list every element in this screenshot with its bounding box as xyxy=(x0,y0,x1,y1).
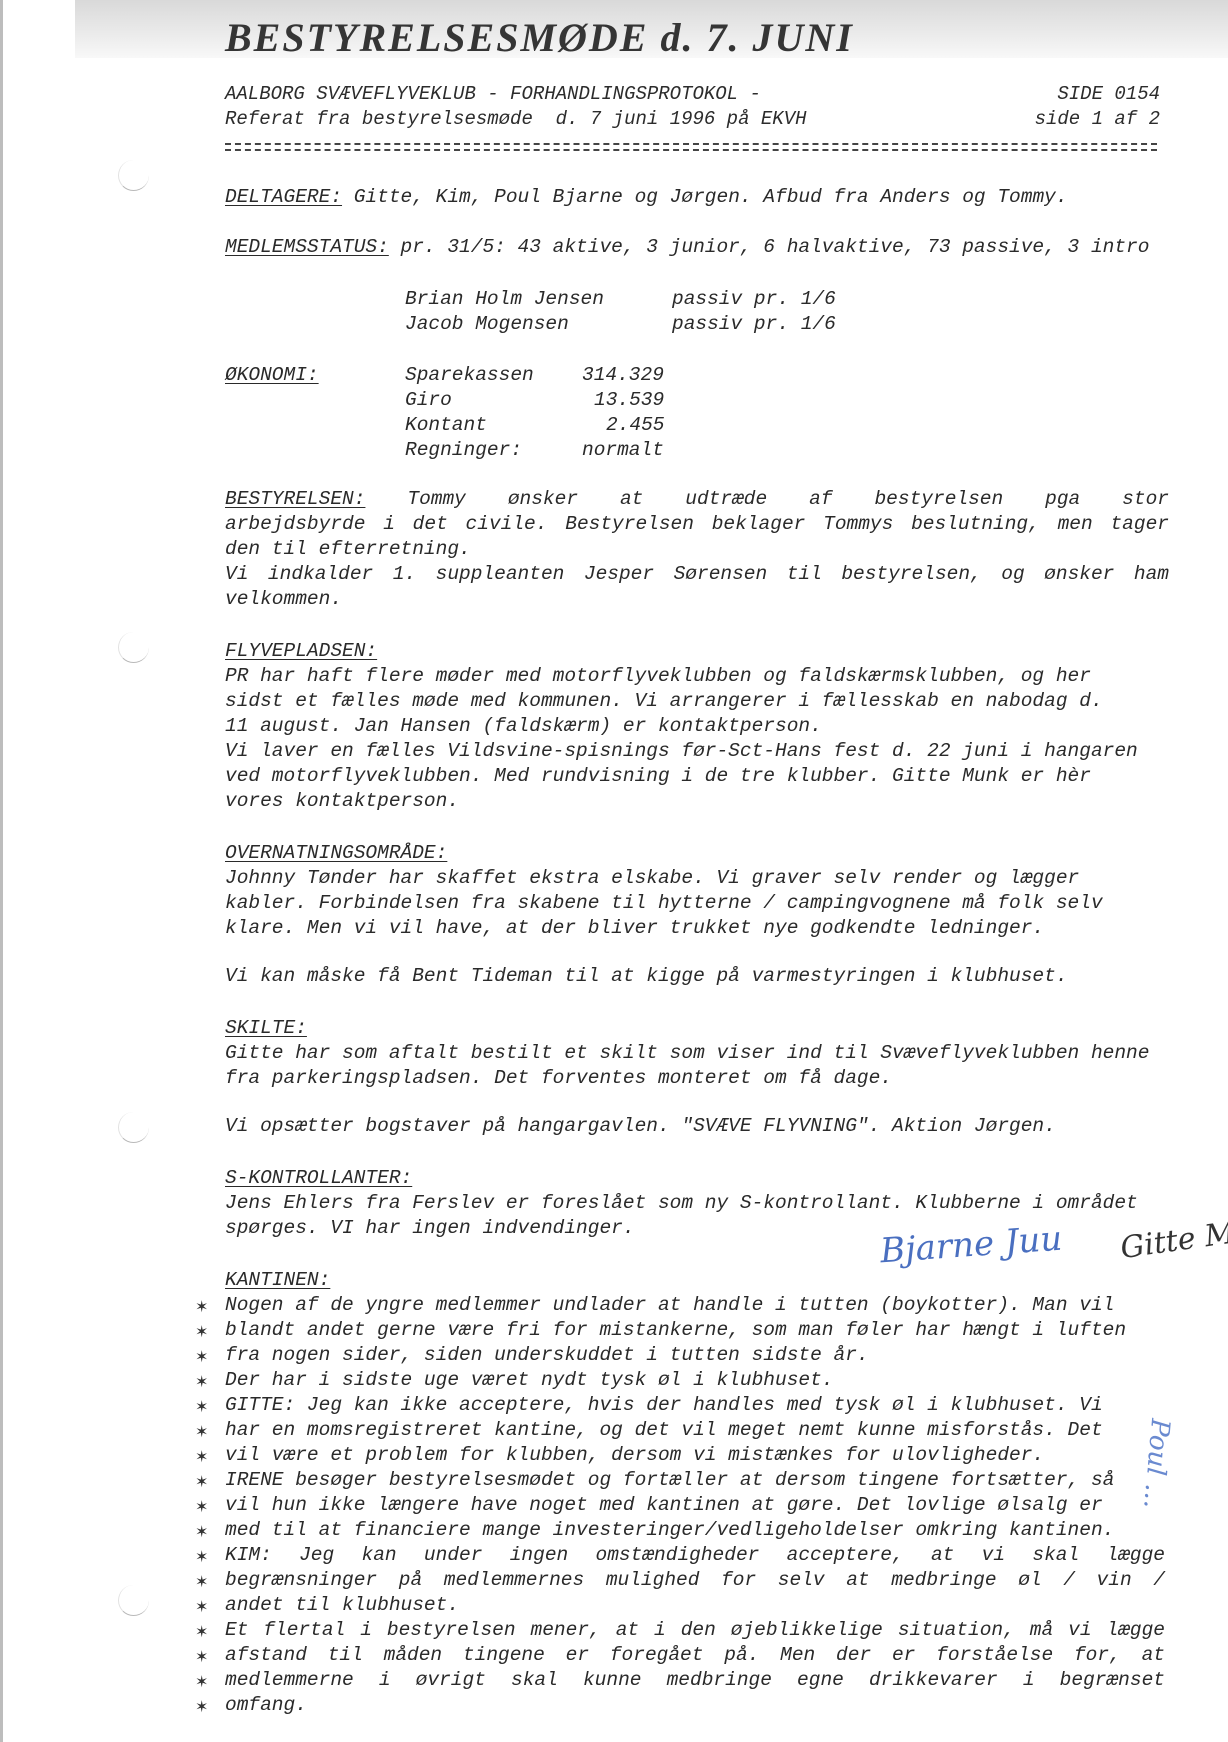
bestyrelsen-label: BESTYRELSEN: xyxy=(225,488,365,510)
overnatning-line: klare. Men vi vil have, at der bliver tr… xyxy=(225,917,1044,939)
star-bullet-icon: ✶ xyxy=(196,1370,207,1393)
medlemsstatus-text: pr. 31/5: 43 aktive, 3 junior, 6 halvakt… xyxy=(389,236,1150,258)
flyvepladsen-label: FLYVEPLADSEN: xyxy=(225,640,377,662)
flyvepladsen-line: Vi laver en fælles Vildsvine-spisnings f… xyxy=(225,740,1138,762)
flyvepladsen-line: vores kontaktperson. xyxy=(225,790,459,812)
member-name: Jacob Mogensen xyxy=(405,313,569,335)
page-count: side 1 af 2 xyxy=(1035,108,1160,130)
kantinen-line: GITTE: Jeg kan ikke acceptere, hvis der … xyxy=(225,1394,1103,1416)
skilte-line: Gitte har som aftalt bestilt et skilt so… xyxy=(225,1042,1149,1064)
overnatning-line: kabler. Forbindelsen fra skabene til hyt… xyxy=(225,892,1103,914)
star-bullet-icon: ✶ xyxy=(196,1670,207,1693)
signature-blue: Bjarne Juu xyxy=(879,1219,1064,1272)
skilte-label: SKILTE: xyxy=(225,1017,307,1039)
kantinen-line: har en momsregistreret kantine, og det v… xyxy=(225,1419,1103,1441)
account-name: Regninger: xyxy=(405,439,522,461)
bestyrelsen-line: BESTYRELSEN: Tommy ønsker at udtræde af … xyxy=(225,488,1169,510)
kantinen-line: omfang. xyxy=(225,1694,307,1716)
kantinen-line: Der har i sidste uge været nydt tysk øl … xyxy=(225,1369,834,1391)
punch-hole xyxy=(118,160,149,191)
page-title: BESTYRELSESMØDE d. 7. JUNI xyxy=(225,14,854,61)
star-bullet-icon: ✶ xyxy=(196,1595,207,1618)
kantinen-line: Et flertal i bestyrelsen mener, at i den… xyxy=(225,1619,1165,1641)
bestyrelsen-line: den til efterretning. xyxy=(225,538,471,560)
medlemsstatus-label: MEDLEMSSTATUS: xyxy=(225,236,389,258)
star-bullet-icon: ✶ xyxy=(196,1470,207,1493)
punch-hole xyxy=(118,1112,149,1143)
flyvepladsen-line: sidst et fælles møde med kommunen. Vi ar… xyxy=(225,690,1103,712)
star-bullet-icon: ✶ xyxy=(196,1570,207,1593)
bestyrelsen-line: Vi indkalder 1. suppleanten Jesper Søren… xyxy=(225,563,1169,585)
kantinen-line: IRENE besøger bestyrelsesmødet og fortæl… xyxy=(225,1469,1114,1491)
flyvepladsen-line: PR har haft flere møder med motorflyvekl… xyxy=(225,665,1091,687)
kantinen-label: KANTINEN: xyxy=(225,1269,330,1291)
overnatning-line: Johnny Tønder har skaffet ekstra elskabe… xyxy=(225,867,1079,889)
member-name: Brian Holm Jensen xyxy=(405,288,604,310)
star-bullet-icon: ✶ xyxy=(196,1495,207,1518)
account-value: 13.539 xyxy=(594,389,664,411)
account-value: 314.329 xyxy=(582,364,664,386)
subtitle-line: Referat fra bestyrelsesmøde d. 7 juni 19… xyxy=(225,108,807,130)
kantinen-line: vil hun ikke længere have noget med kant… xyxy=(225,1494,1103,1516)
okonomi-label: ØKONOMI: xyxy=(225,364,319,386)
s-kontrollanter-line: Jens Ehlers fra Ferslev er foreslået som… xyxy=(225,1192,1138,1214)
star-bullet-icon: ✶ xyxy=(196,1545,207,1568)
kantinen-line: afstand til måden tingene er foregået på… xyxy=(225,1644,1165,1666)
account-name: Kontant xyxy=(405,414,487,436)
overnatning-line: Vi kan måske få Bent Tideman til at kigg… xyxy=(225,965,1068,987)
star-bullet-icon: ✶ xyxy=(196,1620,207,1643)
section-deltagere: DELTAGERE: Gitte, Kim, Poul Bjarne og Jø… xyxy=(225,186,1068,208)
star-bullet-icon: ✶ xyxy=(196,1295,207,1318)
star-bullet-icon: ✶ xyxy=(196,1395,207,1418)
star-bullet-icon: ✶ xyxy=(196,1420,207,1443)
scan-left-edge xyxy=(0,0,3,1742)
margin-annotation: Poul ... xyxy=(1137,1417,1175,1509)
punch-hole xyxy=(118,1585,149,1616)
star-bullet-icon: ✶ xyxy=(196,1320,207,1343)
signature-black: Gitte Ma xyxy=(1118,1213,1228,1266)
bestyrelsen-line: velkommen. xyxy=(225,588,342,610)
kantinen-line: medlemmerne i øvrigt skal kunne medbring… xyxy=(225,1669,1165,1691)
page-code: SIDE 0154 xyxy=(1057,83,1160,105)
s-kontrollanter-label: S-KONTROLLANTER: xyxy=(225,1167,412,1189)
star-bullet-icon: ✶ xyxy=(196,1445,207,1468)
account-name: Giro xyxy=(405,389,452,411)
star-bullet-icon: ✶ xyxy=(196,1645,207,1668)
kantinen-line: med til at financiere mange investeringe… xyxy=(225,1519,1114,1541)
skilte-line: Vi opsætter bogstaver på hangargavlen. "… xyxy=(225,1115,1056,1137)
bestyrelsen-line: arbejdsbyrde i det civile. Bestyrelsen b… xyxy=(225,513,1169,535)
deltagere-label: DELTAGERE: xyxy=(225,186,342,208)
account-value: normalt xyxy=(582,439,664,461)
star-bullet-icon: ✶ xyxy=(196,1695,207,1718)
member-status: passiv pr. 1/6 xyxy=(672,313,836,335)
kantinen-line: KIM: Jeg kan under ingen omstændigheder … xyxy=(225,1544,1165,1566)
member-status: passiv pr. 1/6 xyxy=(672,288,836,310)
account-name: Sparekassen xyxy=(405,364,534,386)
overnatning-label: OVERNATNINGSOMRÅDE: xyxy=(225,842,447,864)
s-kontrollanter-line: spørges. VI har ingen indvendinger. xyxy=(225,1217,635,1239)
header-divider xyxy=(225,143,1157,151)
flyvepladsen-line: 11 august. Jan Hansen (faldskærm) er kon… xyxy=(225,715,822,737)
account-value: 2.455 xyxy=(606,414,665,436)
kantinen-line: fra nogen sider, siden underskuddet i tu… xyxy=(225,1344,869,1366)
kantinen-line: vil være et problem for klubben, dersom … xyxy=(225,1444,1044,1466)
skilte-line: fra parkeringspladsen. Det forventes mon… xyxy=(225,1067,892,1089)
deltagere-text: Gitte, Kim, Poul Bjarne og Jørgen. Afbud… xyxy=(342,186,1068,208)
kantinen-line: blandt andet gerne være fri for mistanke… xyxy=(225,1319,1126,1341)
bestyrelsen-text: Tommy ønsker at udtræde af bestyrelsen p… xyxy=(365,488,1169,510)
flyvepladsen-line: ved motorflyveklubben. Med rundvisning i… xyxy=(225,765,1091,787)
punch-hole xyxy=(118,632,149,663)
org-line: AALBORG SVÆVEFLYVEKLUB - FORHANDLINGSPRO… xyxy=(225,83,761,105)
kantinen-line: begrænsninger på medlemmernes mulighed f… xyxy=(225,1569,1165,1591)
kantinen-line: andet til klubhuset. xyxy=(225,1594,459,1616)
section-medlemsstatus: MEDLEMSSTATUS: pr. 31/5: 43 aktive, 3 ju… xyxy=(225,236,1149,258)
kantinen-line: Nogen af de yngre medlemmer undlader at … xyxy=(225,1294,1114,1316)
star-bullet-icon: ✶ xyxy=(196,1345,207,1368)
star-bullet-icon: ✶ xyxy=(196,1520,207,1543)
